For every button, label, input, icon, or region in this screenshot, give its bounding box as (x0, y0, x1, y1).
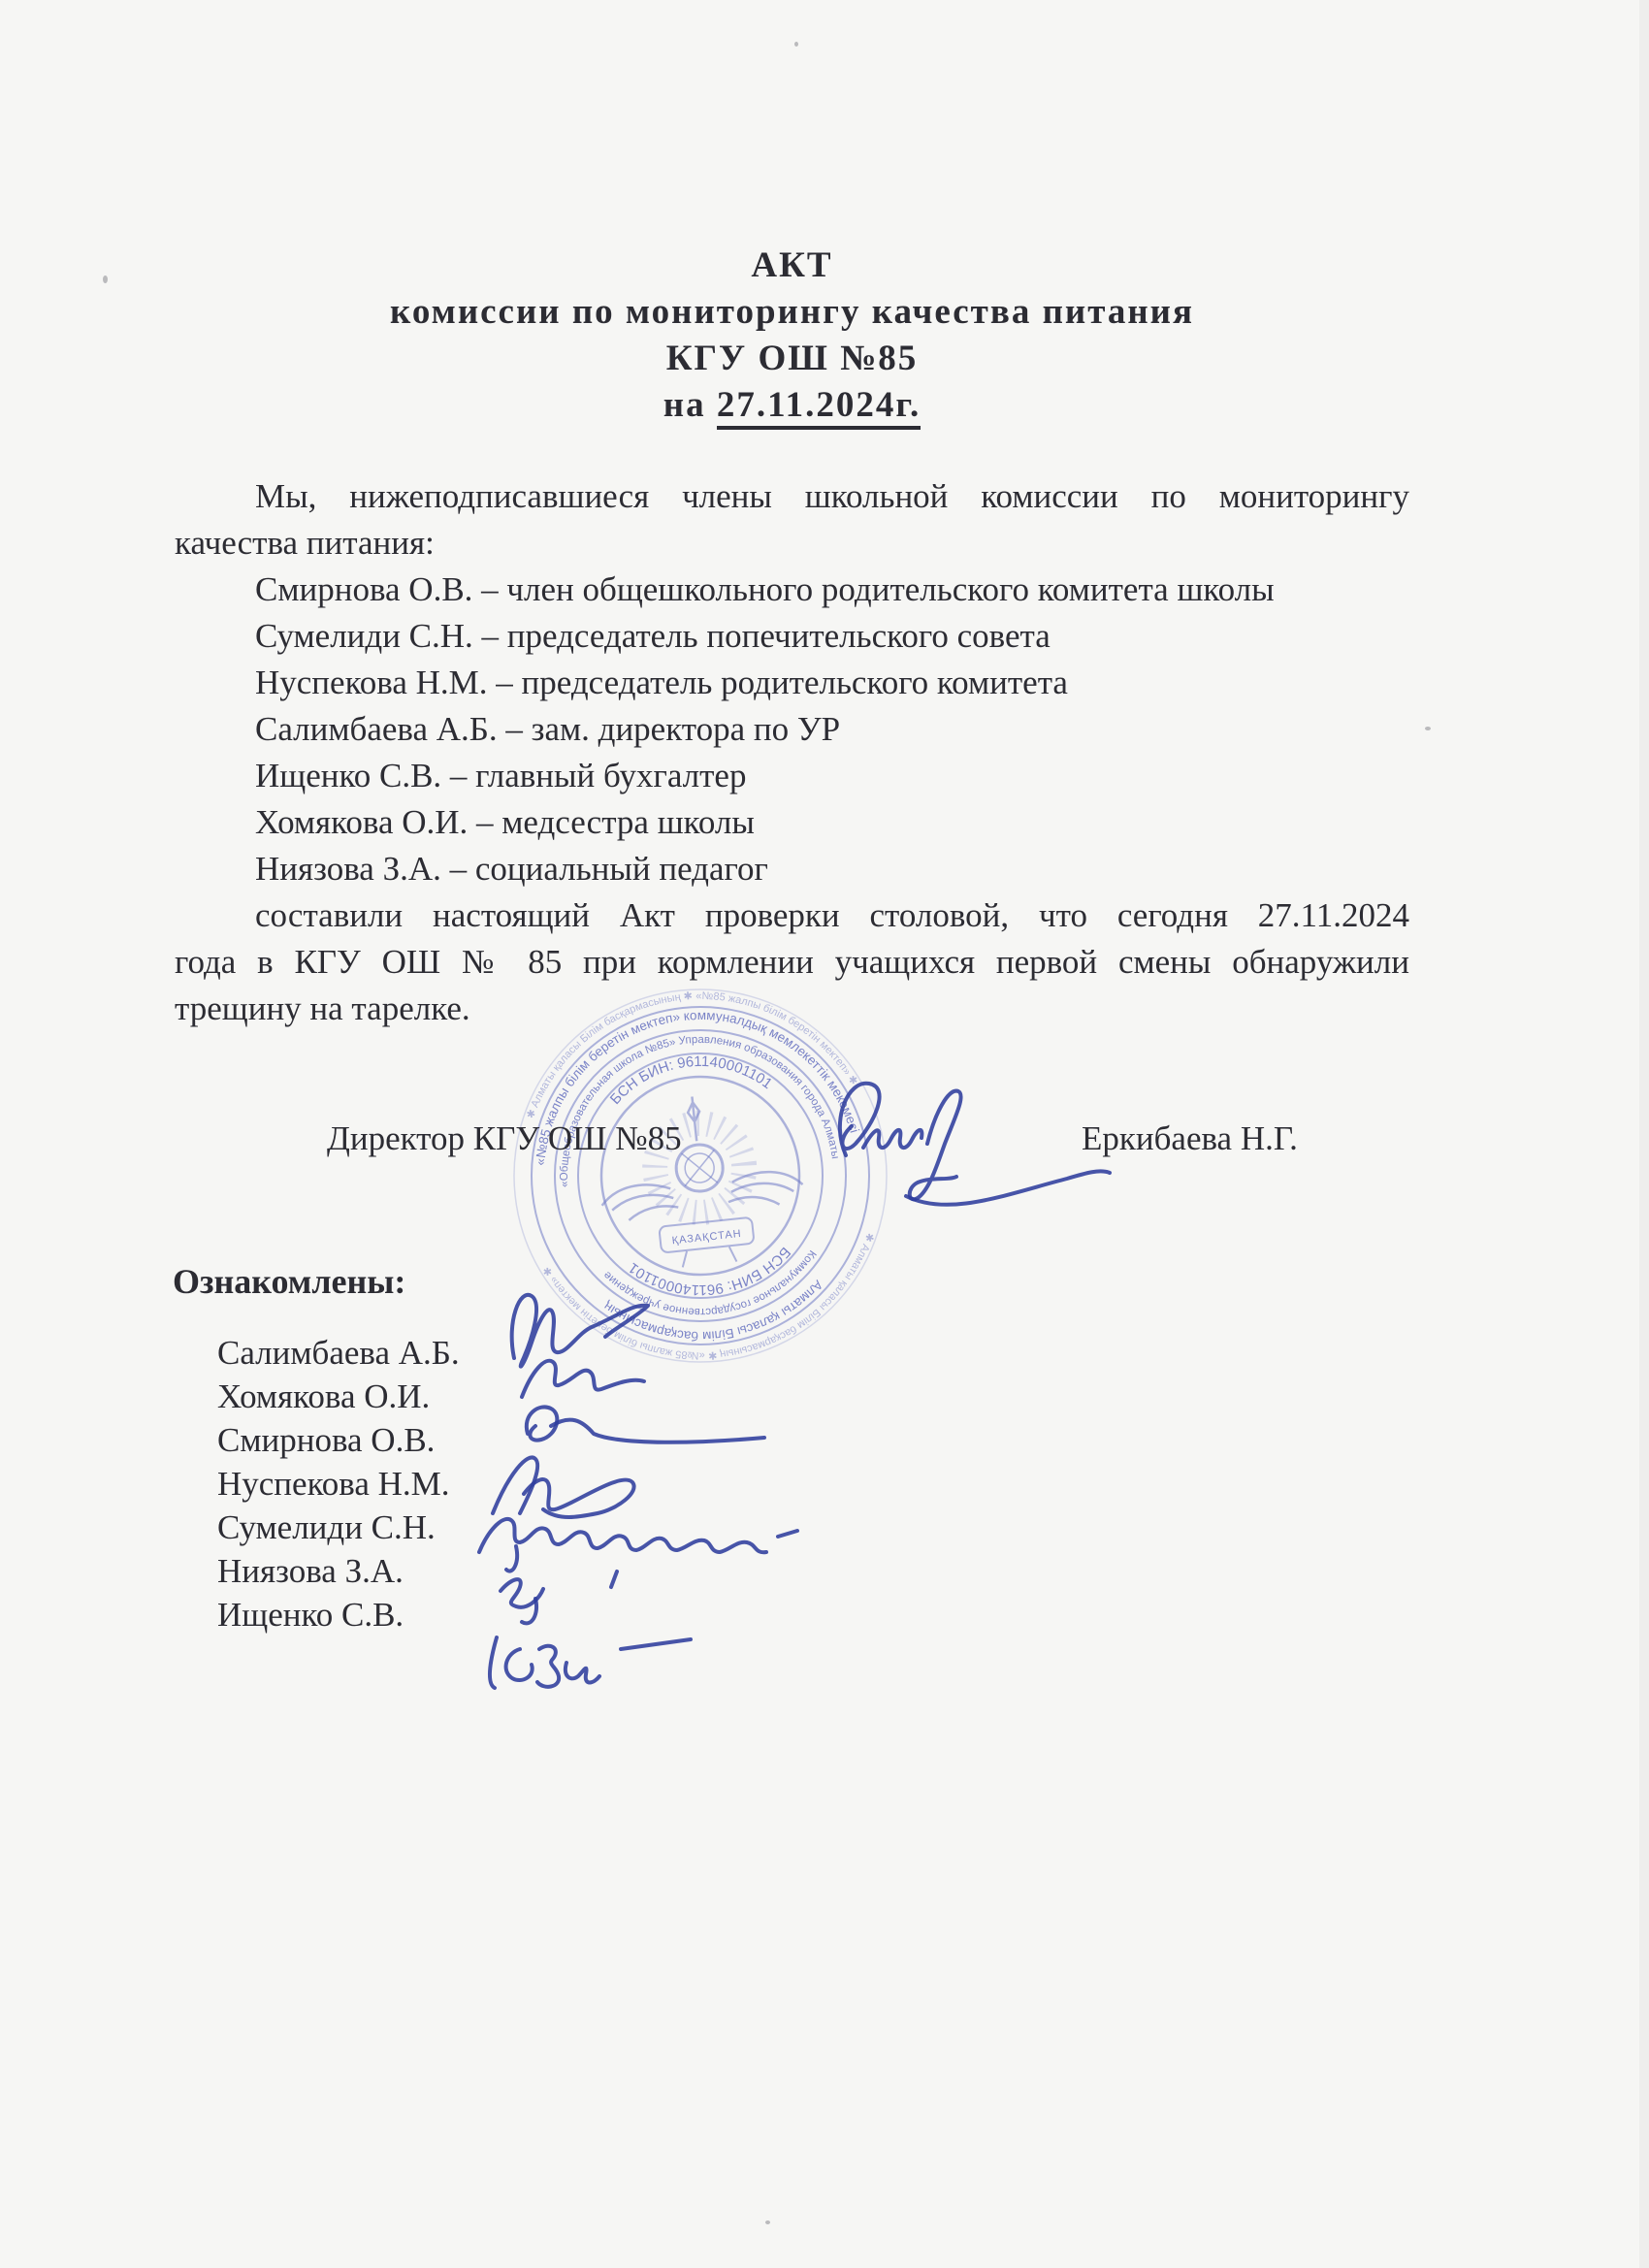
doc-date-line: на 27.11.2024г. (175, 382, 1409, 429)
doc-title: АКТ (175, 243, 1409, 289)
scan-speck (1425, 727, 1431, 730)
director-signature-row: Директор КГУ ОШ №85 Еркибаева Н.Г. (175, 1116, 1409, 1162)
director-label: Директор КГУ ОШ №85 (327, 1116, 682, 1162)
stamp-center-label: ҚАЗАҚСТАН (671, 1228, 742, 1247)
scan-speck (103, 275, 108, 283)
member-line: Нуспекова Н.М. – председатель родительск… (175, 660, 1409, 706)
intro-line-1: Мы, нижеподписавшиеся члены школьной ком… (175, 473, 1409, 520)
scan-edge-shadow (1639, 0, 1649, 2268)
member-line: Смирнова О.В. – член общешкольного родит… (175, 567, 1409, 613)
signature-khomyakova (522, 1361, 644, 1397)
doc-date: 27.11.2024г. (717, 385, 921, 430)
member-line: Сумелиди С.Н. – председатель попечительс… (175, 613, 1409, 660)
signature-niyazova (501, 1571, 617, 1623)
spacer (175, 429, 1409, 473)
acknowledged-name: Ниязова З.А. (217, 1549, 460, 1593)
date-prefix: на (663, 385, 717, 425)
signature-salimbaeva (512, 1295, 648, 1367)
scan-speck (794, 42, 798, 47)
member-signatures (466, 1261, 931, 1717)
acknowledged-name: Хомякова О.И. (217, 1375, 460, 1418)
acknowledged-name: Смирнова О.В. (217, 1418, 460, 1462)
intro-line-2: качества питания: (175, 520, 1409, 567)
acknowledged-names-list: Салимбаева А.Б. Хомякова О.И. Смирнова О… (217, 1331, 460, 1636)
director-signature (813, 1062, 1133, 1227)
member-line: Хомякова О.И. – медсестра школы (175, 799, 1409, 846)
acknowledged-name: Нуспекова Н.М. (217, 1462, 460, 1506)
document-body: АКТ комиссии по мониторингу качества пит… (175, 243, 1409, 1032)
acknowledged-name: Салимбаева А.Б. (217, 1331, 460, 1375)
conclusion-line-1: составили настоящий Акт проверки столово… (175, 892, 1409, 939)
acknowledged-name: Ищенко С.В. (217, 1593, 460, 1636)
acknowledged-heading: Ознакомлены: (173, 1258, 405, 1305)
signature-smirnova (527, 1407, 764, 1442)
acknowledged-name: Сумелиди С.Н. (217, 1506, 460, 1549)
doc-subtitle: комиссии по мониторингу качества питания (175, 289, 1409, 336)
signature-nuspekova (493, 1457, 634, 1517)
signature-sumelidi (479, 1519, 797, 1571)
scan-speck (765, 2220, 770, 2224)
member-line: Ниязова З.А. – социальный педагог (175, 846, 1409, 892)
doc-school-name: КГУ ОШ №85 (175, 336, 1409, 382)
scanned-document-page: { "page": { "background": "#f6f6f4", "te… (0, 0, 1649, 2268)
signature-ishchenko (490, 1637, 691, 1688)
member-line: Ищенко С.В. – главный бухгалтер (175, 753, 1409, 799)
member-line: Салимбаева А.Б. – зам. директора по УР (175, 706, 1409, 753)
